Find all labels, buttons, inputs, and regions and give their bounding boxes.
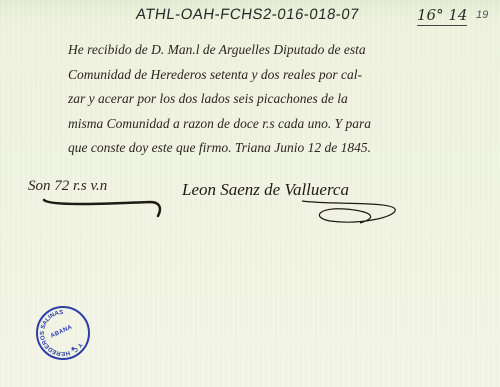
- svg-text:✦: ✦: [70, 345, 76, 353]
- amount-total: Son 72 r.s v.n: [28, 178, 107, 195]
- page-number: 19: [476, 9, 488, 21]
- ink-stamp: Y C. HEREDEROS SALINAS ✦ ABANA: [36, 306, 90, 360]
- body-line: que conste doy este que firmo. Triana Ju…: [68, 136, 488, 161]
- body-line: zar y acerar por los dos lados seis pica…: [68, 87, 488, 112]
- folio-number: 16° 14: [417, 6, 467, 26]
- signature-flourish-icon: [300, 195, 400, 235]
- archive-reference-code: ATHL-OAH-FCHS2-016-018-07: [135, 6, 361, 23]
- body-line: Comunidad de Herederos setenta y dos rea…: [68, 63, 488, 88]
- document-page: ATHL-OAH-FCHS2-016-018-07 16° 14 19 He r…: [0, 0, 500, 387]
- underline-flourish-icon: [40, 196, 165, 220]
- body-line: He recibido de D. Man.l de Arguelles Dip…: [68, 38, 488, 63]
- body-line: misma Comunidad a razon de doce r.s cada…: [68, 112, 488, 137]
- receipt-body: He recibido de D. Man.l de Arguelles Dip…: [68, 38, 488, 161]
